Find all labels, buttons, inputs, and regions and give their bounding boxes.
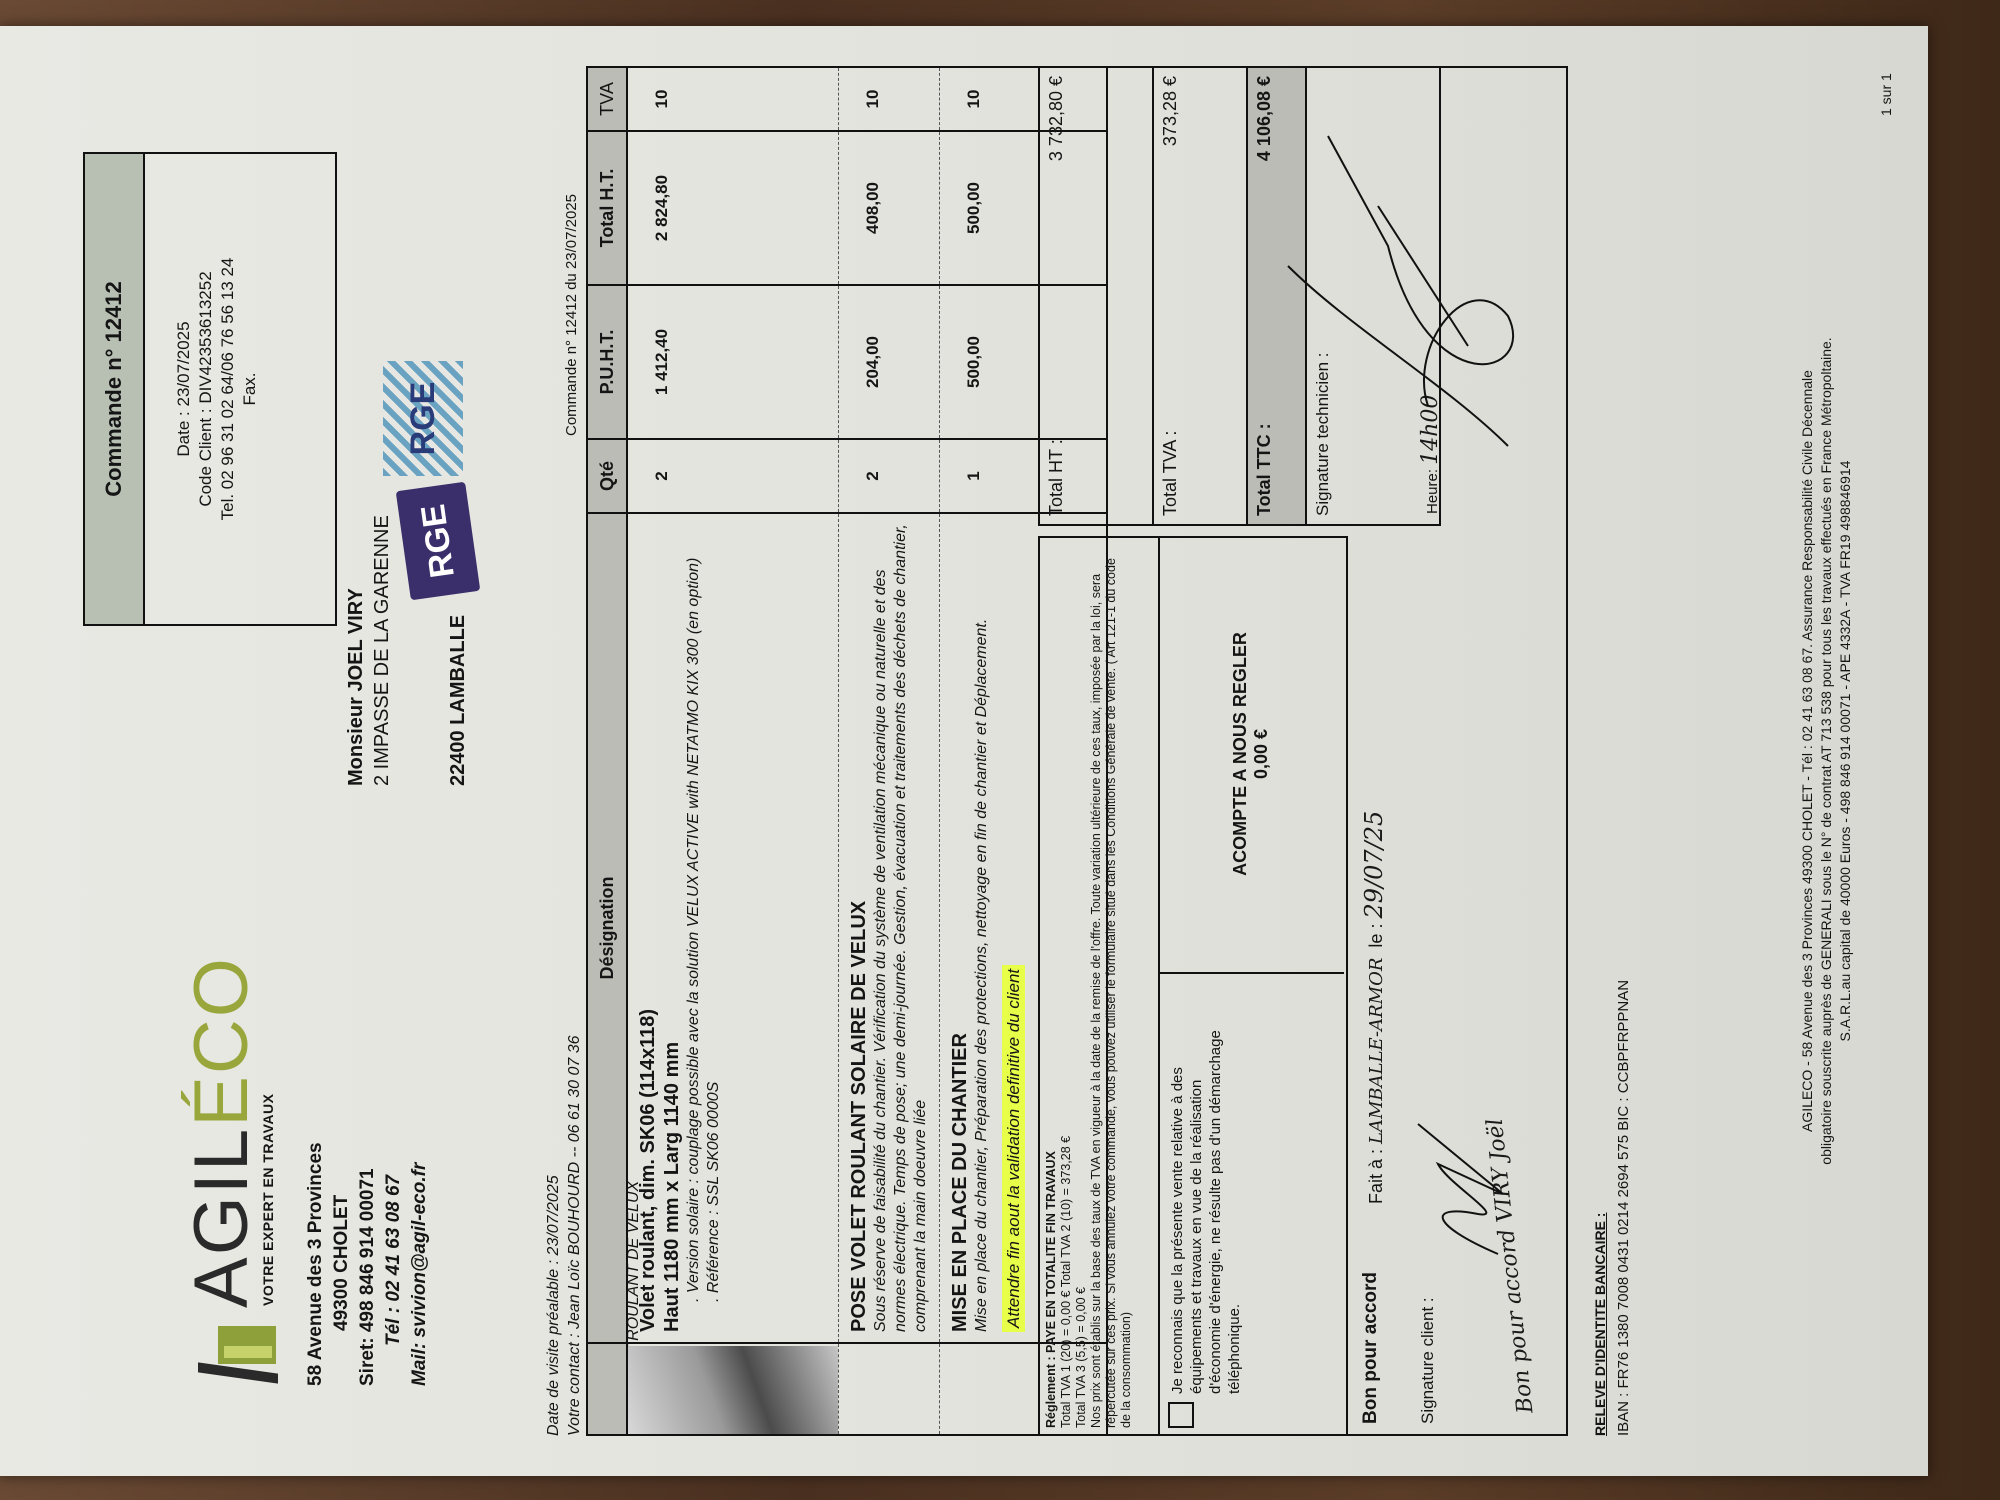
payment-title: Réglement : PAYE EN TOTALITE FIN TRAVAUX — [1044, 1151, 1058, 1428]
declaration-row: Je reconnais que la présente vente relat… — [1158, 536, 1348, 1436]
client-phone: Tel. 02 96 31 02 64/06 76 56 13 24 — [217, 164, 239, 614]
item-line: Mise en place du chantier, Préparation d… — [972, 524, 992, 1332]
item-line: Sous réserve de faisabilité du chantier.… — [871, 524, 931, 1332]
order-number-title: Commande n° 12412 — [85, 154, 145, 624]
order-info-box: Commande n° 12412 Date : 23/07/2025 Code… — [83, 152, 337, 626]
contact: Votre contact : Jean Loïc BOUHOURD -- 06… — [566, 1036, 583, 1437]
col-designation: Désignation — [587, 513, 627, 1343]
col-qty: Qté — [587, 439, 627, 513]
item-qty: 2 — [839, 439, 940, 513]
item-line: . Version solaire : couplage possible av… — [684, 524, 704, 1332]
item-total: 408,00 — [839, 131, 940, 285]
footer-line-3: S.A.R.L.au capital de 40000 Euros - 498 … — [1836, 226, 1855, 1276]
item-tva: 10 — [627, 67, 839, 131]
technician-signature-icon — [1268, 106, 1528, 466]
total-ht-label: Total HT : — [1046, 439, 1067, 516]
client-code: Code Client : DIV42353613252 — [195, 164, 217, 614]
tva-breakdown-1: Total TVA 1 (20) = 0,00 € Total TVA 2 (1… — [1059, 544, 1074, 1428]
made-at-label: Fait à : — [1366, 1149, 1386, 1204]
item-unit-price: 1 412,40 — [627, 285, 839, 439]
client-signature-icon — [1408, 1104, 1518, 1264]
company-phone: Tél : 02 41 63 08 67 — [381, 1142, 407, 1386]
total-tva-value: 373,28 € — [1160, 76, 1181, 146]
price-notice: Nos prix sont établis sur la base des ta… — [1089, 544, 1134, 1428]
bank-details: IBAN : FR76 1380 7008 0431 0214 2694 575… — [1612, 980, 1636, 1436]
item-total: 2 824,80 — [627, 131, 839, 285]
legal-footer: AGILECO - 58 Avenue des 3 Provinces 4930… — [1798, 226, 1855, 1276]
item-title: MISE EN PLACE DU CHANTIER — [948, 524, 972, 1332]
col-image — [587, 1343, 627, 1435]
time-label: Heure: — [1424, 469, 1441, 514]
approval-title: Bon pour accord — [1360, 1272, 1382, 1424]
declaration-checkbox[interactable] — [1168, 1402, 1194, 1428]
total-ht-value: 3 732,80 € — [1046, 76, 1067, 161]
bank-info: RELEVE D'IDENTITE BANCAIRE : IBAN : FR76… — [1588, 980, 1636, 1436]
made-at: Fait à : LAMBALLE-ARMOR le : 29/07/25 — [1360, 811, 1388, 1204]
deposit-label: ACOMPTE A NOUS REGLER — [1230, 632, 1251, 876]
item-title: POSE VOLET ROULANT SOLAIRE DE VELUX — [847, 524, 871, 1332]
deposit-box: ACOMPTE A NOUS REGLER 0,00 € — [1158, 536, 1344, 974]
company-address: 58 Avenue des 3 Provinces — [303, 1142, 329, 1386]
col-total: Total H.T. — [587, 131, 627, 285]
date-value: 29/07/25 — [1360, 811, 1388, 919]
company-city: 49300 CHOLET — [329, 1142, 355, 1386]
order-reference: Commande n° 12412 du 23/07/2025 — [563, 194, 580, 436]
client-fax: Fax. — [239, 164, 261, 614]
table-row: Volet roulant, dim. SK06 (114x118) Haut … — [627, 67, 839, 1435]
logo-wordmark: AGILÉCO — [178, 956, 265, 1308]
footer-line-2: obligatoire souscrite auprès de GENERALI… — [1817, 226, 1836, 1276]
rge-logo-icon: RGE — [396, 482, 481, 601]
items-table: Désignation Qté P.U.H.T. Total H.T. TVA … — [586, 66, 1108, 1436]
company-logo: AGILÉCO VOTRE EXPERT EN TRAVAUX — [168, 1026, 288, 1386]
order-document: AGILÉCO VOTRE EXPERT EN TRAVAUX 58 Avenu… — [0, 26, 1928, 1476]
tva-breakdown-2: Total TVA 3 (5,5) = 0,00 € — [1074, 544, 1089, 1428]
item-line: . Référence : SSL SK06 0000S — [704, 524, 724, 1332]
item-qty: 2 — [627, 439, 839, 513]
company-siret: Siret: 498 846 914 00071 — [355, 1142, 381, 1386]
logo-tagline: VOTRE EXPERT EN TRAVAUX — [260, 1094, 276, 1306]
order-date: Date : 23/07/2025 — [173, 164, 195, 614]
page-number: 1 sur 1 — [1878, 73, 1894, 116]
company-email[interactable]: Mail: svivion@agil-eco.fr — [407, 1142, 433, 1386]
date-label: le : — [1366, 924, 1386, 948]
deposit-amount: 0,00 € — [1251, 729, 1272, 779]
item-tva: 10 — [839, 67, 940, 131]
made-at-value: LAMBALLE-ARMOR — [1366, 958, 1387, 1144]
client-name: Monsieur JOEL VIRY — [345, 588, 367, 786]
visit-date: Date de visite préalable : 23/07/2025 — [545, 1175, 562, 1436]
rge-certification-logos: RGE RGE — [373, 356, 493, 596]
company-info: 58 Avenue des 3 Provinces 49300 CHOLET S… — [303, 1142, 433, 1386]
item-unit-price: 204,00 — [839, 285, 940, 439]
table-row: POSE VOLET ROULANT SOLAIRE DE VELUX Sous… — [839, 67, 940, 1435]
total-tva-label: Total TVA : — [1160, 431, 1181, 516]
client-signature-label: Signature client : — [1418, 1297, 1438, 1424]
rge-logo-icon: RGE — [383, 361, 463, 476]
logo-mark-icon — [188, 1316, 280, 1386]
payment-terms: Réglement : PAYE EN TOTALITE FIN TRAVAUX… — [1038, 536, 1160, 1436]
col-unit-price: P.U.H.T. — [587, 285, 627, 439]
bank-title: RELEVE D'IDENTITE BANCAIRE : — [1588, 980, 1612, 1436]
col-tva: TVA — [587, 67, 627, 131]
item-title: Volet roulant, dim. SK06 (114x118) — [636, 524, 660, 1332]
item-highlight-note: Attendre fin aout la validation definiti… — [1002, 965, 1025, 1332]
product-image — [628, 1346, 838, 1434]
item-title-2: Haut 1180 mm x Larg 1140 mm — [660, 524, 684, 1332]
declaration-text: Je reconnais que la présente vente relat… — [1168, 1004, 1244, 1394]
footer-line-1: AGILECO - 58 Avenue des 3 Provinces 4930… — [1798, 226, 1817, 1276]
